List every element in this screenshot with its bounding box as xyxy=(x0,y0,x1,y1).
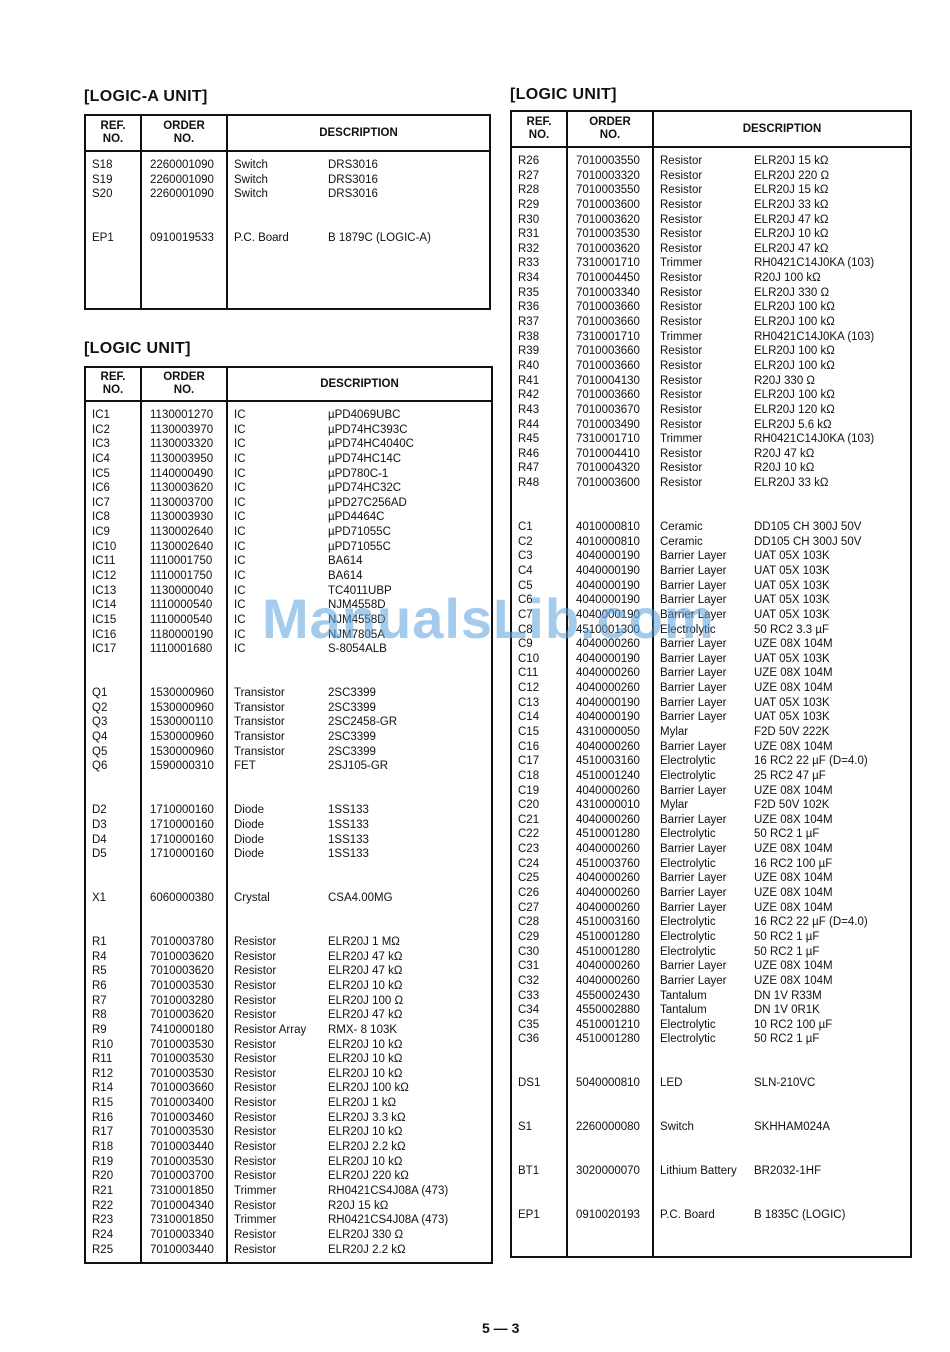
header-description: DESCRIPTION xyxy=(654,112,910,146)
ref-no: Q5 xyxy=(86,745,142,760)
part-type: Electrolytic xyxy=(654,945,754,960)
order-no: 7310001850 xyxy=(142,1184,228,1199)
part-type: IC xyxy=(228,598,328,613)
order-no: 7010003670 xyxy=(568,403,654,418)
table-row: R317010003530ResistorELR20J 10 kΩ xyxy=(512,227,910,242)
table-row: R307010003620ResistorELR20J 47 kΩ xyxy=(512,213,910,228)
order-no: 4510001280 xyxy=(568,930,654,945)
part-type: Switch xyxy=(228,158,328,173)
order-no: 2260000080 xyxy=(568,1120,654,1135)
part-type: Trimmer xyxy=(228,1184,328,1199)
order-no: 7010003530 xyxy=(142,1067,228,1082)
part-type: Resistor xyxy=(228,1125,328,1140)
ref-no: Q4 xyxy=(86,730,142,745)
part-spec: UAT 05X 103K xyxy=(754,710,910,725)
part-spec: BA614 xyxy=(328,554,491,569)
table-row: C94040000260Barrier LayerUZE 08X 104M xyxy=(512,637,910,652)
order-no: 7010003440 xyxy=(142,1243,228,1258)
order-no: 4010000810 xyxy=(568,520,654,535)
ref-no: Q2 xyxy=(86,701,142,716)
ref-no: IC12 xyxy=(86,569,142,584)
ref-no: R41 xyxy=(512,374,568,389)
part-type: Switch xyxy=(228,173,328,188)
part-type: Switch xyxy=(228,187,328,202)
ref-no: R6 xyxy=(86,979,142,994)
table-row: C334550002430TantalumDN 1V R33M xyxy=(512,989,910,1004)
order-no: 1110000540 xyxy=(142,613,228,628)
table-row: C194040000260Barrier LayerUZE 08X 104M xyxy=(512,784,910,799)
table-header: REF. NO.ORDER NO.DESCRIPTION xyxy=(512,112,910,148)
part-spec: UZE 08X 104M xyxy=(754,784,910,799)
part-spec: UAT 05X 103K xyxy=(754,579,910,594)
row-spacer xyxy=(512,1062,910,1077)
part-type: Electrolytic xyxy=(654,827,754,842)
ref-no: R32 xyxy=(512,242,568,257)
order-no: 1130003320 xyxy=(142,437,228,452)
table-row: IC121110001750ICBA614 xyxy=(86,569,491,584)
part-spec: 50 RC2 1 µF xyxy=(754,1032,910,1047)
order-no: 1530000960 xyxy=(142,686,228,701)
part-type: Barrier Layer xyxy=(654,740,754,755)
part-type: Resistor xyxy=(654,213,754,228)
order-no: 4010000810 xyxy=(568,535,654,550)
order-no: 1110001680 xyxy=(142,642,228,657)
order-no: 1130002640 xyxy=(142,525,228,540)
table-row: IC71130003700ICµPD27C256AD xyxy=(86,496,491,511)
ref-no: IC7 xyxy=(86,496,142,511)
table-row: C284510003160Electrolytic16 RC2 22 µF (D… xyxy=(512,915,910,930)
ref-no: R9 xyxy=(86,1023,142,1038)
table-row: R437010003670ResistorELR20J 120 kΩ xyxy=(512,403,910,418)
part-spec: ELR20J 10 kΩ xyxy=(328,1155,491,1170)
ref-no: C31 xyxy=(512,959,568,974)
part-spec: DN 1V 0R1K xyxy=(754,1003,910,1018)
row-spacer xyxy=(512,1150,910,1165)
part-type: Resistor xyxy=(654,183,754,198)
order-no: 7010003600 xyxy=(568,198,654,213)
order-no: 7010003320 xyxy=(568,169,654,184)
ref-no: R38 xyxy=(512,330,568,345)
part-spec: UZE 08X 104M xyxy=(754,974,910,989)
row-spacer xyxy=(86,217,489,232)
part-type: Trimmer xyxy=(654,256,754,271)
order-no: 4040000260 xyxy=(568,886,654,901)
table-row: R77010003280ResistorELR20J 100 Ω xyxy=(86,994,491,1009)
order-no: 1530000110 xyxy=(142,715,228,730)
part-type: Resistor xyxy=(654,374,754,389)
page-number: 5 — 3 xyxy=(482,1320,519,1336)
part-spec: DN 1V R33M xyxy=(754,989,910,1004)
part-spec: UAT 05X 103K xyxy=(754,652,910,667)
part-type: IC xyxy=(228,642,328,657)
header-description: DESCRIPTION xyxy=(228,116,489,150)
order-no: 4040000190 xyxy=(568,608,654,623)
part-spec: ELR20J 100 kΩ xyxy=(328,1081,491,1096)
ref-no: C24 xyxy=(512,857,568,872)
order-no: 1130003930 xyxy=(142,510,228,525)
part-type: IC xyxy=(228,437,328,452)
part-spec: UZE 08X 104M xyxy=(754,871,910,886)
ref-no: R36 xyxy=(512,300,568,315)
table-row: IC81130003930ICµPD4464C xyxy=(86,510,491,525)
part-type: Electrolytic xyxy=(654,930,754,945)
row-spacer xyxy=(512,505,910,520)
part-spec: ELR20J 2.2 kΩ xyxy=(328,1140,491,1155)
part-spec: R20J 10 kΩ xyxy=(754,461,910,476)
part-spec: UZE 08X 104M xyxy=(754,637,910,652)
part-type: Barrier Layer xyxy=(654,974,754,989)
table-row: R207010003700ResistorELR20J 220 kΩ xyxy=(86,1169,491,1184)
part-type: Tantalum xyxy=(654,1003,754,1018)
ref-no: C33 xyxy=(512,989,568,1004)
ref-no: C12 xyxy=(512,681,568,696)
order-no: 1590000310 xyxy=(142,759,228,774)
row-spacer xyxy=(512,1091,910,1106)
table-row: R407010003660ResistorELR20J 100 kΩ xyxy=(512,359,910,374)
table-row: R107010003530ResistorELR20J 10 kΩ xyxy=(86,1038,491,1053)
table-row: R197010003530ResistorELR20J 10 kΩ xyxy=(86,1155,491,1170)
table-row: C344550002880TantalumDN 1V 0R1K xyxy=(512,1003,910,1018)
ref-no: C22 xyxy=(512,827,568,842)
order-no: 1130003620 xyxy=(142,481,228,496)
part-type: Resistor xyxy=(654,461,754,476)
row-spacer xyxy=(512,491,910,506)
table-row: C234040000260Barrier LayerUZE 08X 104M xyxy=(512,842,910,857)
table-row: D41710000160Diode1SS133 xyxy=(86,833,491,848)
table-row: IC11130001270ICµPD4069UBC xyxy=(86,408,491,423)
part-type: Trimmer xyxy=(654,432,754,447)
ref-no: R24 xyxy=(86,1228,142,1243)
part-spec: 16 RC2 22 µF (D=4.0) xyxy=(754,915,910,930)
header-ref-no: REF. NO. xyxy=(86,116,142,150)
order-no: 7310001850 xyxy=(142,1213,228,1228)
order-no: 4040000260 xyxy=(568,681,654,696)
table-row: R467010004410ResistorR20J 47 kΩ xyxy=(512,447,910,462)
part-spec: SKHHAM024A xyxy=(754,1120,910,1135)
ref-no: R28 xyxy=(512,183,568,198)
part-spec: ELR20J 2.2 kΩ xyxy=(328,1243,491,1258)
ref-no: IC15 xyxy=(86,613,142,628)
part-spec: UZE 08X 104M xyxy=(754,842,910,857)
part-type: Barrier Layer xyxy=(654,710,754,725)
part-spec: DD105 CH 300J 50V xyxy=(754,535,910,550)
ref-no: D5 xyxy=(86,847,142,862)
ref-no: X1 xyxy=(86,891,142,906)
part-spec: µPD4069UBC xyxy=(328,408,491,423)
ref-no: C17 xyxy=(512,754,568,769)
part-spec: µPD27C256AD xyxy=(328,496,491,511)
table-row: IC31130003320ICµPD74HC4040C xyxy=(86,437,491,452)
part-type: Resistor xyxy=(228,979,328,994)
table-row: C304510001280Electrolytic50 RC2 1 µF xyxy=(512,945,910,960)
part-spec: ELR20J 5.6 kΩ xyxy=(754,418,910,433)
order-no: 4040000260 xyxy=(568,784,654,799)
part-spec: ELR20J 10 kΩ xyxy=(328,1038,491,1053)
part-type: IC xyxy=(228,628,328,643)
table-row: R177010003530ResistorELR20J 10 kΩ xyxy=(86,1125,491,1140)
ref-no: IC2 xyxy=(86,423,142,438)
ref-no: C16 xyxy=(512,740,568,755)
part-type: Resistor xyxy=(654,300,754,315)
row-spacer xyxy=(86,862,491,877)
part-spec: 2SC2458-GR xyxy=(328,715,491,730)
part-type: Resistor xyxy=(654,388,754,403)
part-type: Resistor xyxy=(654,271,754,286)
table-row: C254040000260Barrier LayerUZE 08X 104M xyxy=(512,871,910,886)
part-type: Resistor xyxy=(228,1096,328,1111)
part-spec: µPD780C-1 xyxy=(328,467,491,482)
part-type: Resistor xyxy=(654,476,754,491)
header-order-no: ORDER NO. xyxy=(142,368,228,400)
part-type: IC xyxy=(228,540,328,555)
order-no: 4040000260 xyxy=(568,974,654,989)
part-type: Resistor xyxy=(228,1228,328,1243)
part-spec: ELR20J 330 Ω xyxy=(328,1228,491,1243)
order-no: 7010003550 xyxy=(568,154,654,169)
ref-no: R43 xyxy=(512,403,568,418)
order-no: 7010003620 xyxy=(568,213,654,228)
part-spec: µPD4464C xyxy=(328,510,491,525)
part-type: Electrolytic xyxy=(654,623,754,638)
order-no: 7010003340 xyxy=(568,286,654,301)
part-type: Resistor xyxy=(228,1111,328,1126)
ref-no: R31 xyxy=(512,227,568,242)
order-no: 4040000190 xyxy=(568,652,654,667)
order-no: 4040000260 xyxy=(568,871,654,886)
table-row: C204310000010MylarF2D 50V 102K xyxy=(512,798,910,813)
part-spec: 10 RC2 100 µF xyxy=(754,1018,910,1033)
table-row: R457310001710TrimmerRH0421C14J0KA (103) xyxy=(512,432,910,447)
part-type: Diode xyxy=(228,803,328,818)
part-spec: ELR20J 15 kΩ xyxy=(754,183,910,198)
ref-no: IC8 xyxy=(86,510,142,525)
order-no: 4510003160 xyxy=(568,754,654,769)
ref-no: R25 xyxy=(86,1243,142,1258)
part-type: Mylar xyxy=(654,725,754,740)
table-row: R297010003600ResistorELR20J 33 kΩ xyxy=(512,198,910,213)
table-row: C64040000190Barrier LayerUAT 05X 103K xyxy=(512,593,910,608)
part-type: Transistor xyxy=(228,686,328,701)
part-spec: RMX- 8 103K xyxy=(328,1023,491,1038)
ref-no: IC14 xyxy=(86,598,142,613)
table-row: R347010004450ResistorR20J 100 kΩ xyxy=(512,271,910,286)
table-row: R87010003620ResistorELR20J 47 kΩ xyxy=(86,1008,491,1023)
order-no: 6060000380 xyxy=(142,891,228,906)
part-type: Resistor xyxy=(654,242,754,257)
order-no: 7310001710 xyxy=(568,432,654,447)
table-row: IC151110000540ICNJM4558D xyxy=(86,613,491,628)
row-spacer xyxy=(86,789,491,804)
order-no: 7010003600 xyxy=(568,476,654,491)
ref-no: C26 xyxy=(512,886,568,901)
part-type: Barrier Layer xyxy=(654,871,754,886)
order-no: 4040000260 xyxy=(568,637,654,652)
part-spec: BA614 xyxy=(328,569,491,584)
ref-no: C6 xyxy=(512,593,568,608)
ref-no: EP1 xyxy=(512,1208,568,1223)
order-no: 7010004410 xyxy=(568,447,654,462)
part-type: Barrier Layer xyxy=(654,813,754,828)
table-row: R127010003530ResistorELR20J 10 kΩ xyxy=(86,1067,491,1082)
table-row: R217310001850TrimmerRH0421CS4J08A (473) xyxy=(86,1184,491,1199)
ref-no: R48 xyxy=(512,476,568,491)
part-spec: µPD74HC14C xyxy=(328,452,491,467)
ref-no: IC17 xyxy=(86,642,142,657)
part-type: IC xyxy=(228,569,328,584)
part-spec: 2SC3399 xyxy=(328,745,491,760)
ref-no: IC1 xyxy=(86,408,142,423)
part-spec: ELR20J 120 kΩ xyxy=(754,403,910,418)
part-type: Electrolytic xyxy=(654,915,754,930)
part-type: Ceramic xyxy=(654,520,754,535)
order-no: 7310001710 xyxy=(568,330,654,345)
part-spec: RH0421C14J0KA (103) xyxy=(754,432,910,447)
part-type: Resistor xyxy=(654,227,754,242)
ref-no: R37 xyxy=(512,315,568,330)
part-spec: µPD74HC32C xyxy=(328,481,491,496)
ref-no: R18 xyxy=(86,1140,142,1155)
table-row: IC61130003620ICµPD74HC32C xyxy=(86,481,491,496)
part-spec: ELR20J 1 kΩ xyxy=(328,1096,491,1111)
part-type: Barrier Layer xyxy=(654,579,754,594)
ref-no: C11 xyxy=(512,666,568,681)
ref-no: R27 xyxy=(512,169,568,184)
table-row: C224510001280Electrolytic50 RC2 1 µF xyxy=(512,827,910,842)
table-row: R377010003660ResistorELR20J 100 kΩ xyxy=(512,315,910,330)
order-no: 7010003660 xyxy=(568,344,654,359)
part-type: Electrolytic xyxy=(654,1018,754,1033)
part-spec: F2D 50V 102K xyxy=(754,798,910,813)
part-spec: UZE 08X 104M xyxy=(754,681,910,696)
part-type: Electrolytic xyxy=(654,1032,754,1047)
table-row: R477010004320ResistorR20J 10 kΩ xyxy=(512,461,910,476)
part-spec: 50 RC2 1 µF xyxy=(754,827,910,842)
ref-no: R35 xyxy=(512,286,568,301)
part-type: Resistor xyxy=(654,315,754,330)
part-type: Barrier Layer xyxy=(654,696,754,711)
part-type: LED xyxy=(654,1076,754,1091)
table-row: R277010003320ResistorELR20J 220 Ω xyxy=(512,169,910,184)
part-spec: ELR20J 330 Ω xyxy=(754,286,910,301)
part-spec: ELR20J 15 kΩ xyxy=(754,154,910,169)
part-spec: ELR20J 100 kΩ xyxy=(754,359,910,374)
table-row: R227010004340ResistorR20J 15 kΩ xyxy=(86,1199,491,1214)
order-no: 4040000190 xyxy=(568,549,654,564)
row-spacer xyxy=(86,906,491,921)
table-row: C154310000050MylarF2D 50V 222K xyxy=(512,725,910,740)
part-spec: R20J 15 kΩ xyxy=(328,1199,491,1214)
part-type: Resistor xyxy=(228,1008,328,1023)
ref-no: R19 xyxy=(86,1155,142,1170)
table-row: R67010003530ResistorELR20J 10 kΩ xyxy=(86,979,491,994)
part-type: Trimmer xyxy=(654,330,754,345)
part-spec: NJM4558D xyxy=(328,613,491,628)
order-no: 1130003950 xyxy=(142,452,228,467)
part-spec: DRS3016 xyxy=(328,173,489,188)
ref-no: R34 xyxy=(512,271,568,286)
ref-no: R21 xyxy=(86,1184,142,1199)
table-row: C74040000190Barrier LayerUAT 05X 103K xyxy=(512,608,910,623)
table-row: R427010003660ResistorELR20J 100 kΩ xyxy=(512,388,910,403)
order-no: 7010003530 xyxy=(568,227,654,242)
ref-no: C23 xyxy=(512,842,568,857)
table-row: R157010003400ResistorELR20J 1 kΩ xyxy=(86,1096,491,1111)
part-spec: ELR20J 47 kΩ xyxy=(328,1008,491,1023)
ref-no: Q1 xyxy=(86,686,142,701)
ref-no: IC13 xyxy=(86,584,142,599)
part-type: Transistor xyxy=(228,745,328,760)
table-row: IC101130002640ICµPD71055C xyxy=(86,540,491,555)
part-type: IC xyxy=(228,510,328,525)
part-type: Resistor xyxy=(654,154,754,169)
order-no: 3020000070 xyxy=(568,1164,654,1179)
order-no: 7010003660 xyxy=(568,315,654,330)
order-no: 4310000050 xyxy=(568,725,654,740)
ref-no: S20 xyxy=(86,187,142,202)
part-spec: SLN-210VC xyxy=(754,1076,910,1091)
part-type: IC xyxy=(228,452,328,467)
part-type: Barrier Layer xyxy=(654,564,754,579)
part-type: Resistor xyxy=(654,344,754,359)
part-type: Barrier Layer xyxy=(654,593,754,608)
table-row: DS15040000810LEDSLN-210VC xyxy=(512,1076,910,1091)
order-no: 2260001090 xyxy=(142,173,228,188)
table-row: C124040000260Barrier LayerUZE 08X 104M xyxy=(512,681,910,696)
part-spec: NJM4558D xyxy=(328,598,491,613)
table-row: BT13020000070Lithium BatteryBR2032-1HF xyxy=(512,1164,910,1179)
order-no: 1530000960 xyxy=(142,701,228,716)
ref-no: C1 xyxy=(512,520,568,535)
ref-no: R20 xyxy=(86,1169,142,1184)
part-spec: BR2032-1HF xyxy=(754,1164,910,1179)
part-type: IC xyxy=(228,525,328,540)
ref-no: C7 xyxy=(512,608,568,623)
header-ref-no: REF. NO. xyxy=(512,112,568,146)
order-no: 2260001090 xyxy=(142,158,228,173)
part-spec: ELR20J 47 kΩ xyxy=(328,964,491,979)
part-type: Trimmer xyxy=(228,1213,328,1228)
part-spec: 2SJ105-GR xyxy=(328,759,491,774)
ref-no: DS1 xyxy=(512,1076,568,1091)
table-row: Q41530000960Transistor2SC3399 xyxy=(86,730,491,745)
table-row: R417010004130ResistorR20J 330 Ω xyxy=(512,374,910,389)
part-type: Resistor xyxy=(228,1067,328,1082)
part-spec: ELR20J 10 kΩ xyxy=(328,1125,491,1140)
part-spec: ELR20J 220 kΩ xyxy=(328,1169,491,1184)
order-no: 0910019533 xyxy=(142,231,228,246)
order-no: 7010003620 xyxy=(142,950,228,965)
header-order-no: ORDER NO. xyxy=(568,112,654,146)
order-no: 4510001280 xyxy=(568,827,654,842)
order-no: 4510001280 xyxy=(568,945,654,960)
table-row: IC131130000040ICTC4011UBP xyxy=(86,584,491,599)
part-spec: 25 RC2 47 µF xyxy=(754,769,910,784)
ref-no: BT1 xyxy=(512,1164,568,1179)
order-no: 1110001750 xyxy=(142,569,228,584)
ref-no: R12 xyxy=(86,1067,142,1082)
part-type: Crystal xyxy=(228,891,328,906)
table-row: S202260001090SwitchDRS3016 xyxy=(86,187,489,202)
table-row: X16060000380CrystalCSA4.00MG xyxy=(86,891,491,906)
part-spec: 1SS133 xyxy=(328,803,491,818)
order-no: 7010003340 xyxy=(142,1228,228,1243)
part-type: Barrier Layer xyxy=(654,959,754,974)
table-row: R247010003340ResistorELR20J 330 Ω xyxy=(86,1228,491,1243)
part-type: Resistor xyxy=(228,1155,328,1170)
ref-no: R15 xyxy=(86,1096,142,1111)
ref-no: R39 xyxy=(512,344,568,359)
part-type: Diode xyxy=(228,818,328,833)
